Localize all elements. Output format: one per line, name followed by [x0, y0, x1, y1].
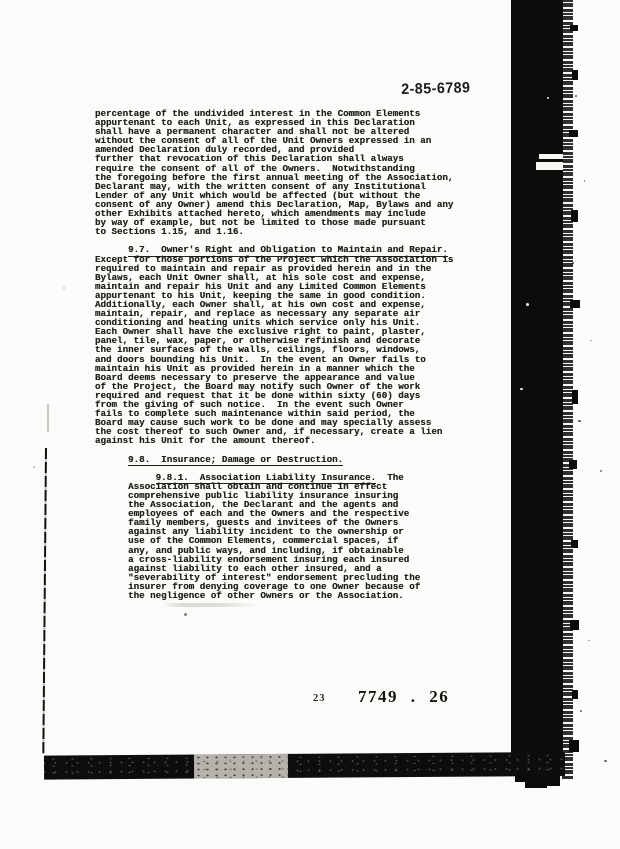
text-line: against his Unit for the amount thereof. — [95, 436, 453, 445]
scan-speck — [600, 470, 602, 472]
text-line: to Sections 1.15, and 1.16. — [95, 227, 453, 236]
scan-noise — [570, 620, 579, 630]
scan-speck — [578, 420, 581, 422]
scan-edge-strip — [511, 0, 563, 776]
scan-noise — [570, 300, 580, 308]
handwritten-case-number: 2-85-6789 — [401, 79, 471, 98]
underlined-heading: 9.8. Insurance; Damage or Destruction. — [128, 454, 343, 467]
scan-noise — [572, 70, 578, 80]
scan-speck — [575, 95, 577, 97]
scanned-document-page: 2-85-6789 percentage of the undivided in… — [0, 0, 620, 849]
scan-smudge — [163, 603, 258, 607]
scan-noise — [569, 130, 578, 137]
scan-noise — [572, 390, 578, 404]
scan-noise — [569, 460, 577, 469]
scan-left-edge-line — [42, 448, 47, 754]
scan-speck — [590, 340, 592, 341]
scan-noise — [570, 25, 578, 31]
scan-speck — [33, 466, 35, 468]
section-heading-line: 9.8. Insurance; Damage or Destruction. — [95, 455, 453, 464]
scan-speck — [588, 640, 590, 641]
scan-speck — [584, 180, 585, 182]
document-body: percentage of the undivided interest in … — [95, 109, 453, 600]
page-number: 23 — [313, 693, 326, 704]
scan-band-gray-patch — [194, 754, 288, 779]
scan-bottom-band — [44, 752, 565, 780]
text-line: the negligence of other Owners or the As… — [95, 591, 453, 600]
scan-noise — [571, 210, 578, 222]
scan-left-edge-faint — [47, 404, 49, 432]
scan-speck — [604, 760, 607, 762]
scan-white-dot — [547, 97, 549, 99]
scan-noise — [569, 740, 579, 752]
scan-noise — [525, 782, 547, 788]
recording-stamp: 7749 . 26 — [358, 687, 449, 707]
scan-speck — [572, 262, 574, 264]
scan-noise — [572, 690, 578, 699]
scan-white-slit — [536, 162, 563, 170]
scan-speck — [63, 287, 65, 289]
scan-dot — [184, 613, 187, 616]
scan-white-slit — [539, 154, 563, 159]
scan-noise — [545, 776, 560, 786]
scan-white-dot — [526, 303, 529, 306]
scan-speck — [574, 545, 576, 547]
scan-white-dot — [520, 388, 523, 390]
scan-speck — [580, 710, 582, 712]
